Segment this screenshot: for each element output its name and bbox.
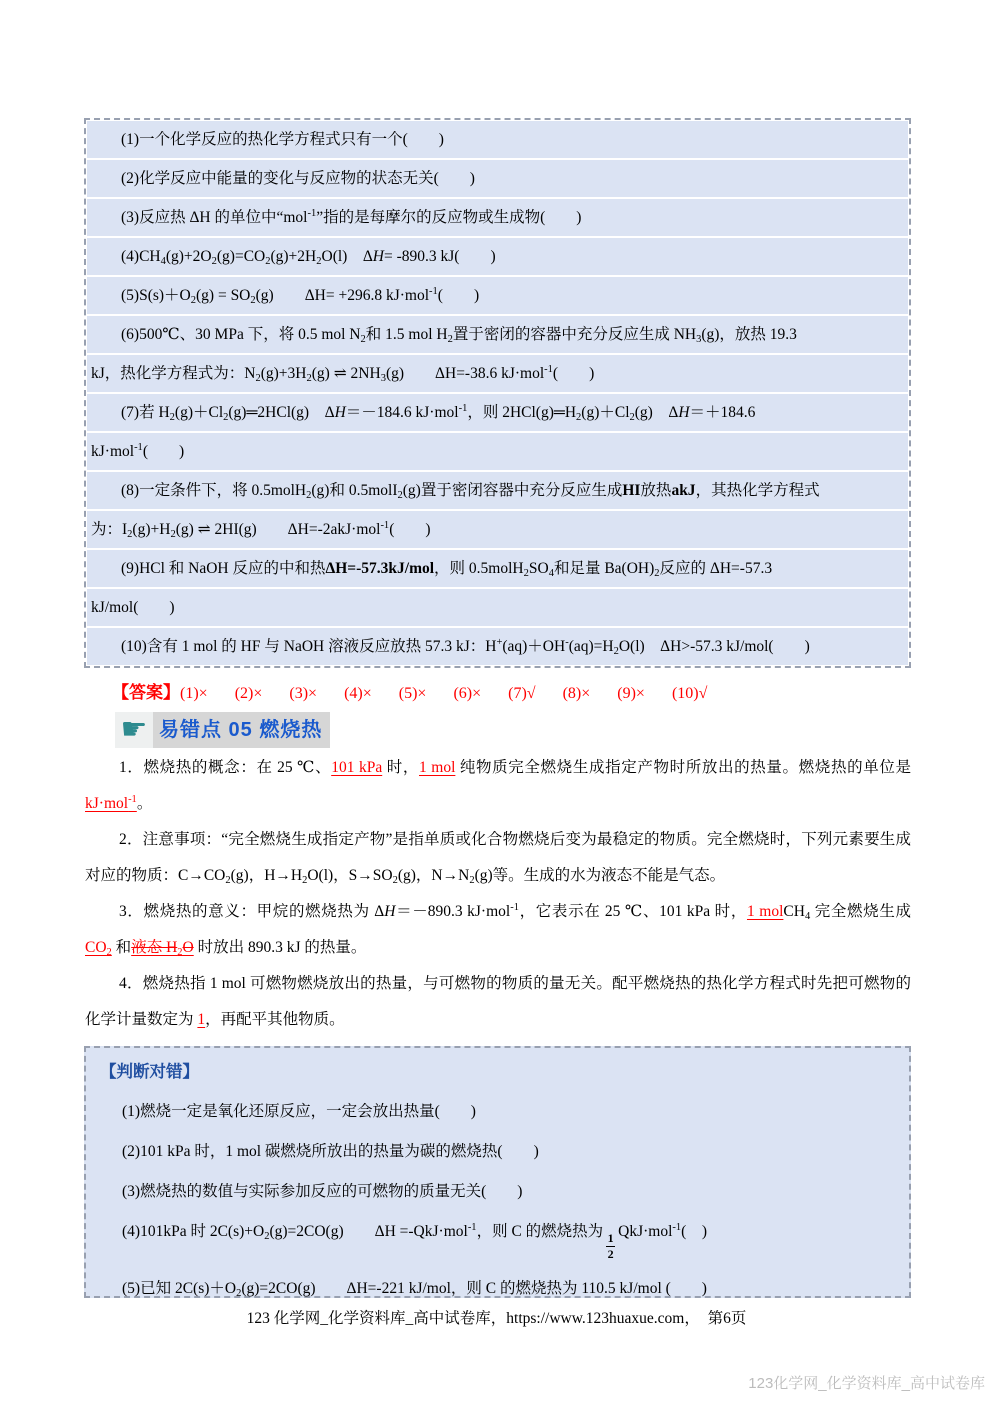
- quiz-line: kJ/mol( ): [87, 589, 908, 626]
- answer-item: (5)×: [399, 685, 427, 703]
- judge-line: (2)101 kPa 时，1 mol 碳燃烧所放出的热量为碳的燃烧热( ): [100, 1139, 895, 1164]
- quiz-line: (9)HCl 和 NaOH 反应的中和热ΔH=-57.3kJ/mol，则 0.5…: [87, 550, 908, 587]
- judge-line: (5)已知 2C(s)＋O2(g)=2CO(g) ΔH=-221 kJ/mol，…: [100, 1276, 895, 1301]
- page-footer: 123 化学网_化学资料库_高中试卷库，https://www.123huaxu…: [0, 1306, 993, 1328]
- quiz-line: kJ，热化学方程式为：N2(g)+3H2(g) ⇌ 2NH3(g) ΔH=-38…: [87, 355, 908, 392]
- quiz-line: (6)500℃、30 MPa 下，将 0.5 mol N2和 1.5 mol H…: [87, 316, 908, 353]
- watermark-text: 123化学网_化学资料库_高中试卷库: [748, 1372, 985, 1393]
- quiz-line: kJ·mol-1( ): [87, 433, 908, 470]
- note-paragraph: 3．燃烧热的意义：甲烷的燃烧热为 ΔH＝－890.3 kJ·mol-1，它表示在…: [85, 894, 911, 966]
- quiz-line: (5)S(s)＋O2(g) = SO2(g) ΔH= +296.8 kJ·mol…: [87, 277, 908, 314]
- note-paragraph: 2．注意事项：“完全燃烧生成指定产物”是指单质或化合物燃烧后变为最稳定的物质。完…: [85, 822, 911, 894]
- answer-item: (9)×: [617, 685, 645, 703]
- quiz-line: (4)CH4(g)+2O2(g)=CO2(g)+2H2O(l) ΔH= -890…: [87, 238, 908, 275]
- judge-truefalse-box: 【判断对错】 (1)燃烧一定是氧化还原反应，一定会放出热量( )(2)101 k…: [84, 1046, 911, 1298]
- quiz-line: (7)若 H2(g)＋Cl2(g)═2HCl(g) ΔH＝－184.6 kJ·m…: [87, 394, 908, 431]
- answers-line: 【答案】 (1)×(2)×(3)×(4)×(5)×(6)×(7)√(8)×(9)…: [112, 678, 912, 703]
- judge-box-title: 【判断对错】: [100, 1060, 895, 1084]
- judge-line: (1)燃烧一定是氧化还原反应，一定会放出热量( ): [100, 1099, 895, 1124]
- answer-item: (2)×: [235, 685, 263, 703]
- combustion-heat-notes: 1．燃烧热的概念：在 25 ℃、101 kPa 时，1 mol 纯物质完全燃烧生…: [85, 750, 911, 1038]
- quiz-line: (1)一个化学反应的热化学方程式只有一个( ): [87, 121, 908, 158]
- quiz-line: (10)含有 1 mol 的 HF 与 NaOH 溶液反应放热 57.3 kJ：…: [87, 628, 908, 665]
- answer-item: (7)√: [508, 685, 535, 703]
- worksheet-page: (1)一个化学反应的热化学方程式只有一个( )(2)化学反应中能量的变化与反应物…: [0, 0, 993, 1404]
- quiz-line: (3)反应热 ΔH 的单位中“mol-1”指的是每摩尔的反应物或生成物( ): [87, 199, 908, 236]
- note-paragraph: 4．燃烧热指 1 mol 可燃物燃烧放出的热量，与可燃物的物质的量无关。配平燃烧…: [85, 966, 911, 1038]
- quiz-line: (8)一定条件下，将 0.5molH2(g)和 0.5molI2(g)置于密闭容…: [87, 472, 908, 509]
- answers-label: 【答案】: [112, 678, 180, 703]
- answer-item: (6)×: [453, 685, 481, 703]
- note-paragraph: 1．燃烧热的概念：在 25 ℃、101 kPa 时，1 mol 纯物质完全燃烧生…: [85, 750, 911, 822]
- answer-item: (8)×: [563, 685, 591, 703]
- answer-item: (3)×: [289, 685, 317, 703]
- answer-item: (4)×: [344, 685, 372, 703]
- fraction: 12: [606, 1232, 615, 1261]
- judge-line: (4)101kPa 时 2C(s)+O2(g)=2CO(g) ΔH =-QkJ·…: [100, 1219, 895, 1261]
- judge-line: (3)燃烧热的数值与实际参加反应的可燃物的质量无关( ): [100, 1179, 895, 1204]
- section-header: ☛ 易错点 05 燃烧热: [115, 712, 330, 748]
- thermochem-truefalse-box: (1)一个化学反应的热化学方程式只有一个( )(2)化学反应中能量的变化与反应物…: [84, 118, 911, 668]
- answer-item: (1)×: [180, 685, 208, 703]
- quiz-line: 为：I2(g)+H2(g) ⇌ 2HI(g) ΔH=-2akJ·mol-1( ): [87, 511, 908, 548]
- answer-item: (10)√: [672, 685, 707, 703]
- section-title: 易错点 05 燃烧热: [153, 712, 330, 748]
- quiz-line: (2)化学反应中能量的变化与反应物的状态无关( ): [87, 160, 908, 197]
- pointing-hand-icon: ☛: [115, 712, 153, 748]
